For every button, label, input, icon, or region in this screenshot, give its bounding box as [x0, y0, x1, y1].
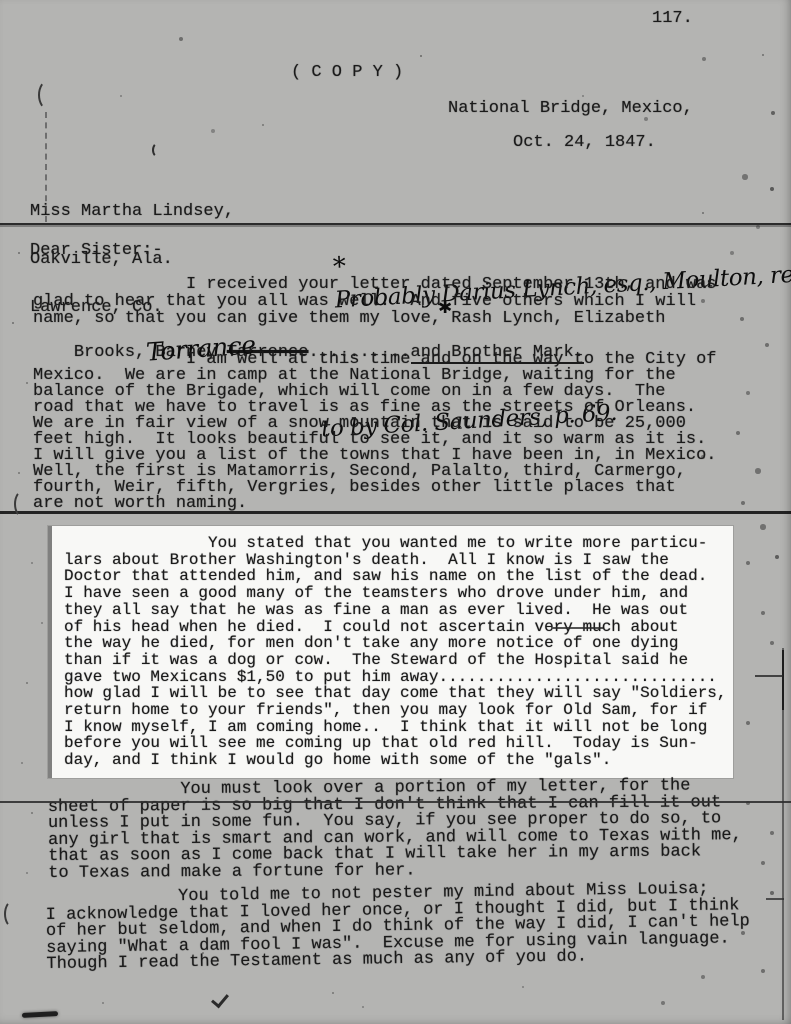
highlighted-passage: You stated that you wanted me to write m… — [48, 526, 733, 778]
paragraph-2: I am well at this time and on the way to… — [33, 352, 717, 512]
top-rule — [0, 223, 791, 225]
paragraph-5: You told me to not pester my mind about … — [45, 881, 750, 974]
paragraph-3: You stated that you wanted me to write m… — [64, 535, 727, 769]
check-smudge-mark — [211, 990, 229, 1009]
copy-heading: ( C O P Y ) — [291, 64, 403, 81]
page-number: 117. — [652, 10, 693, 27]
small-c-mark — [152, 142, 165, 158]
correction-strike-mark — [551, 627, 603, 629]
recipient-line: Miss Martha Lindsey, — [30, 204, 234, 220]
handwritten-star-mark: ✱ — [438, 298, 452, 318]
letter-page: 117. ( C O P Y ) National Bridge, Mexico… — [0, 0, 791, 1024]
bottom-smudge-mark — [22, 1011, 58, 1018]
dateline-place: National Bridge, Mexico, — [448, 100, 693, 117]
salutation: Dear Sister:- — [30, 242, 163, 259]
paper-speckles — [0, 0, 2, 2]
paren-mark-bottom — [4, 900, 22, 928]
right-bracket-mark — [766, 898, 784, 900]
paren-mark-mid — [14, 490, 32, 518]
paragraph-1: I received your letter dated September 1… — [33, 276, 717, 327]
paragraph-4: You must look over a portion of my lette… — [48, 778, 742, 882]
margin-dashed-line-mark — [45, 112, 47, 222]
right-edge-line-dark-segment — [782, 650, 784, 710]
lower-rule — [0, 801, 791, 803]
mid-rule — [0, 511, 791, 514]
right-tick-mark — [755, 675, 783, 677]
paren-mark-top — [38, 80, 58, 110]
